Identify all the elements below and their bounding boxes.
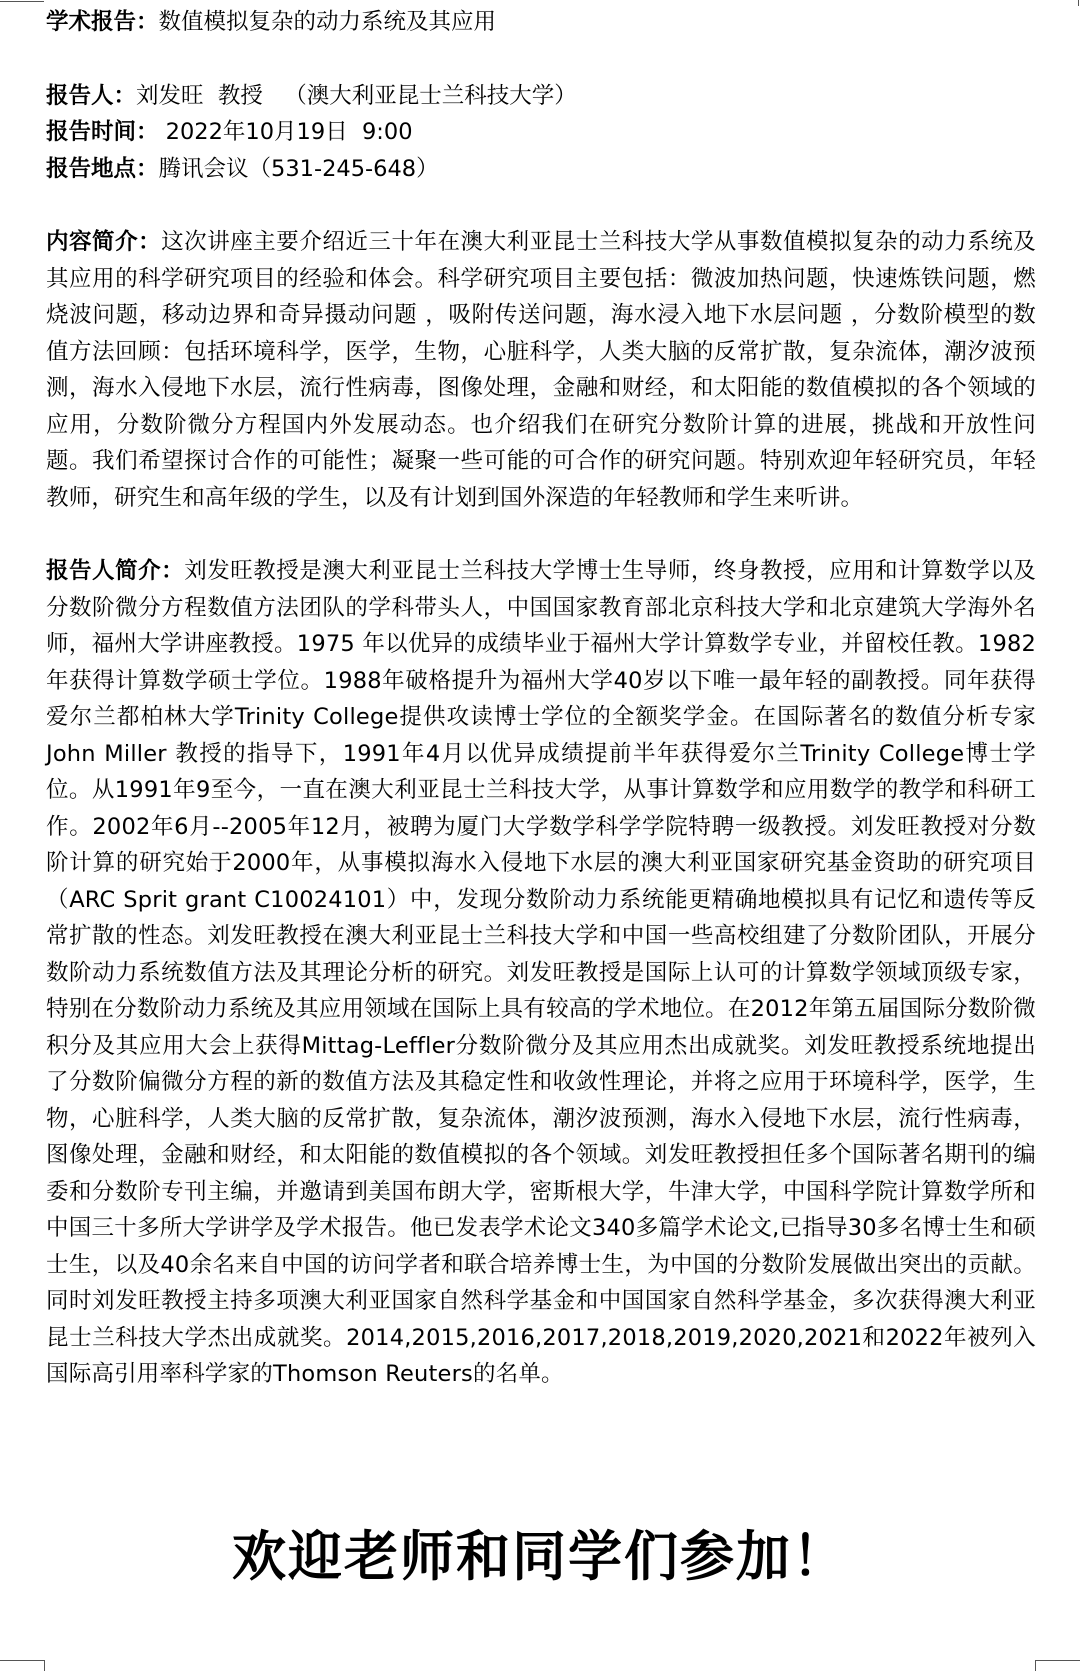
title-value: 数值模拟复杂的动力系统及其应用 — [159, 9, 497, 35]
abstract-text: 这次讲座主要介绍近三十年在澳大利亚昆士兰科技大学从事数值模拟复杂的动力系统及其应… — [46, 229, 1036, 511]
location-value: 腾讯会议（531-245-648） — [159, 156, 439, 182]
time-value: 2022年10月19日 9:00 — [159, 119, 413, 145]
bio-text: 刘发旺教授是澳大利亚昆士兰科技大学博士生导师，终身教授，应用和计算数学以及分数阶… — [46, 558, 1036, 1387]
abstract-paragraph: 内容简介：这次讲座主要介绍近三十年在澳大利亚昆士兰科技大学从事数值模拟复杂的动力… — [46, 224, 1036, 516]
crop-mark-bottom-left — [0, 1660, 45, 1671]
abstract-label: 内容简介： — [46, 229, 161, 255]
speaker-label: 报告人： — [46, 83, 136, 109]
spacer — [46, 41, 1036, 78]
time-line: 报告时间： 2022年10月19日 9:00 — [46, 114, 1036, 151]
speaker-line: 报告人：刘发旺 教授 （澳大利亚昆士兰科技大学） — [46, 78, 1036, 115]
closing-welcome-banner: 欢迎老师和同学们参加！ — [0, 1527, 1080, 1587]
bio-label: 报告人简介： — [46, 558, 184, 584]
crop-mark-bottom-right — [1035, 1660, 1080, 1671]
spacer — [46, 187, 1036, 224]
location-label: 报告地点： — [46, 156, 159, 182]
crop-mark-top-left — [0, 0, 44, 2]
time-label: 报告时间： — [46, 119, 159, 145]
speaker-value: 刘发旺 教授 （澳大利亚昆士兰科技大学） — [136, 83, 577, 109]
spacer — [46, 516, 1036, 553]
report-title: 学术报告：数值模拟复杂的动力系统及其应用 — [46, 4, 1036, 41]
title-label: 学术报告： — [46, 9, 159, 35]
bio-paragraph: 报告人简介：刘发旺教授是澳大利亚昆士兰科技大学博士生导师，终身教授，应用和计算数… — [46, 553, 1036, 1393]
location-line: 报告地点：腾讯会议（531-245-648） — [46, 151, 1036, 188]
announcement-document: 学术报告：数值模拟复杂的动力系统及其应用 报告人：刘发旺 教授 （澳大利亚昆士兰… — [46, 4, 1036, 1393]
